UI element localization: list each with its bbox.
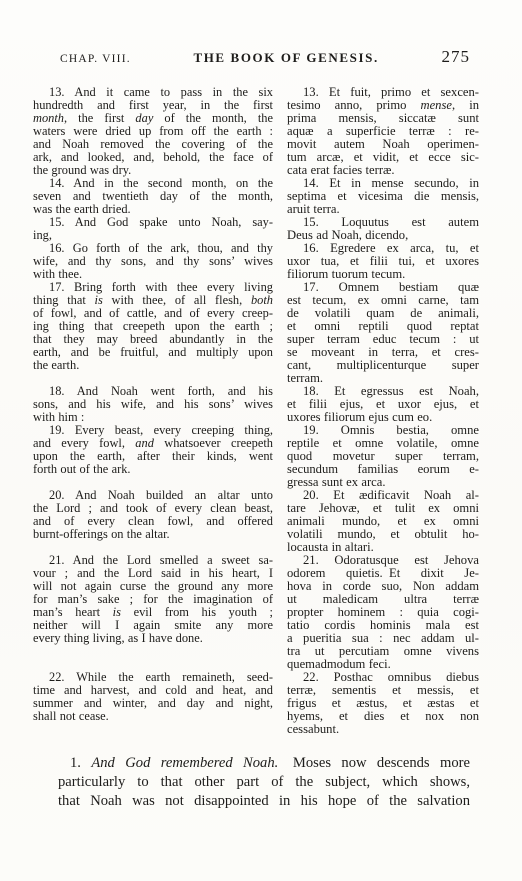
text-line-latin: cessabunt. [287, 723, 479, 736]
text-line-latin: quemadmodum feci. [287, 658, 479, 671]
chapter-label: CHAP. VIII. [60, 53, 131, 65]
verse-english: 15. And God spake unto Noah, say-ing, [33, 216, 273, 242]
text-line-latin: filiorum tuorum tecum. [287, 268, 479, 281]
verse-english: 20. And Noah builded an altar untothe Lo… [33, 489, 273, 541]
page-title: THE BOOK OF GENESIS. [131, 50, 442, 66]
verse-row: 13. And it came to pass in the sixhundre… [33, 86, 479, 177]
verse-row: 16. Go forth of the ark, thou, and thywi… [33, 242, 479, 281]
book-page: CHAP. VIII. THE BOOK OF GENESIS. 275 13.… [0, 0, 522, 881]
verse-latin: 19. Omnis bestia, omnereptile et omne vo… [287, 424, 479, 489]
verse-row: 21. And the Lord smelled a sweet sa-vour… [33, 554, 479, 671]
verse-english: 13. And it came to pass in the sixhundre… [33, 86, 273, 177]
text-line-english: was the earth dried. [33, 203, 273, 216]
page-number: 275 [442, 47, 471, 67]
verse-latin: 20. Et ædificavit Noah al-tare Jehovæ, e… [287, 489, 479, 554]
page-content: CHAP. VIII. THE BOOK OF GENESIS. 275 13.… [33, 47, 479, 812]
verse-latin: 17. Omnem bestiam quæest tecum, ex omni … [287, 281, 479, 385]
verse-english: 19. Every beast, every creeping thing,an… [33, 424, 273, 476]
verse-latin: 21. Odoratusque est Jehovaodorem quietis… [287, 554, 479, 671]
verse-row: 14. And in the second month, on theseven… [33, 177, 479, 216]
verse-latin: 18. Et egressus est Noah,et filii ejus, … [287, 385, 479, 424]
parallel-verse-table: 13. And it came to pass in the sixhundre… [33, 86, 479, 736]
text-line-english: every thing living, as I have done. [33, 632, 273, 645]
verse-row: 15. And God spake unto Noah, say-ing,15.… [33, 216, 479, 242]
verse-row: 17. Bring forth with thee every livingth… [33, 281, 479, 385]
text-line-english: shall not cease. [33, 710, 273, 723]
text-line-latin: terram. [287, 372, 479, 385]
verse-english: 16. Go forth of the ark, thou, and thywi… [33, 242, 273, 281]
commentary-line: that Noah was not disappointed in his ho… [58, 792, 470, 811]
text-line-latin: locausta in altari. [287, 541, 479, 554]
verse-english: 14. And in the second month, on theseven… [33, 177, 273, 216]
verse-latin: 16. Egredere ex arca, tu, etuxor tua, et… [287, 242, 479, 281]
commentary-line: 1. And God remembered Noah. Moses now de… [58, 754, 470, 773]
commentary: 1. And God remembered Noah. Moses now de… [58, 754, 470, 812]
verse-english: 17. Bring forth with thee every livingth… [33, 281, 273, 372]
text-line-english: the earth. [33, 359, 273, 372]
text-line-english: 15. And God spake unto Noah, say- [33, 216, 273, 229]
verse-english: 18. And Noah went forth, and hissons, an… [33, 385, 273, 424]
verse-english: 22. While the earth remaineth, seed-time… [33, 671, 273, 723]
verse-english: 21. And the Lord smelled a sweet sa-vour… [33, 554, 273, 645]
text-line-latin: Deus ad Noah, dicendo, [287, 229, 479, 242]
text-line-latin: gressa sunt ex arca. [287, 476, 479, 489]
commentary-line: particularly to that other part of the s… [58, 773, 470, 792]
text-line-latin: uxores filiorum ejus cum eo. [287, 411, 479, 424]
text-line-english: burnt-offerings on the altar. [33, 528, 273, 541]
verse-latin: 14. Et in mense secundo, inseptima et vi… [287, 177, 479, 216]
text-line-english: with him : [33, 411, 273, 424]
verse-row: 22. While the earth remaineth, seed-time… [33, 671, 479, 736]
verse-latin: 22. Posthac omnibus diebusterræ, sementi… [287, 671, 479, 736]
verse-row: 20. And Noah builded an altar untothe Lo… [33, 489, 479, 554]
text-line-english: with thee. [33, 268, 273, 281]
text-line-latin: cata erat facies terræ. [287, 164, 479, 177]
text-line-english: ing, [33, 229, 273, 242]
text-line-latin: aruit terra. [287, 203, 479, 216]
verse-latin: 13. Et fuit, primo et sexcen-tesimo anno… [287, 86, 479, 177]
verse-row: 19. Every beast, every creeping thing,an… [33, 424, 479, 489]
text-line-english: forth out of the ark. [33, 463, 273, 476]
running-head: CHAP. VIII. THE BOOK OF GENESIS. 275 [33, 47, 479, 65]
text-line-english: the ground was dry. [33, 164, 273, 177]
verse-row: 18. And Noah went forth, and hissons, an… [33, 385, 479, 424]
verse-latin: 15. Loquutus est autemDeus ad Noah, dice… [287, 216, 479, 242]
